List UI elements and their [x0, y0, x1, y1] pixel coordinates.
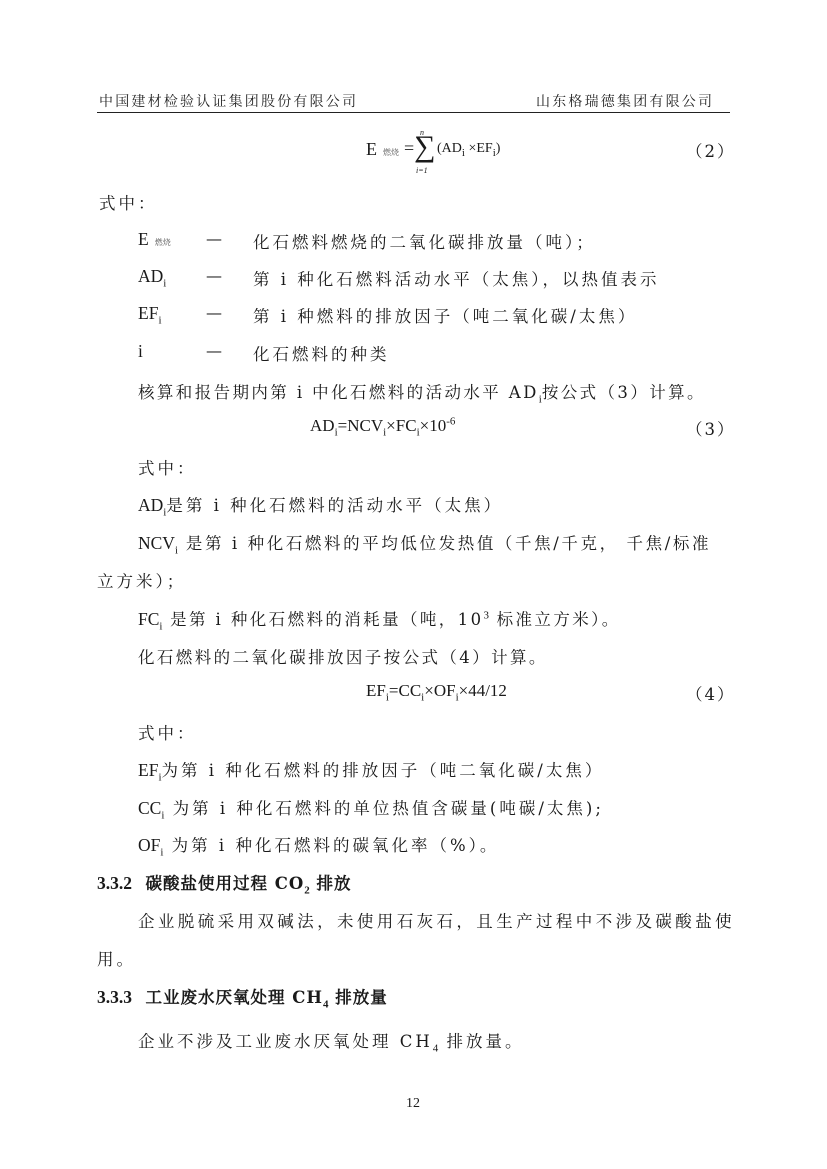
text: 标准立方米）。: [489, 610, 621, 629]
def-dash: —: [206, 303, 222, 322]
symbol: EF: [138, 760, 158, 780]
def-of-line: OFi 为第 i 种化石燃料的碳氧化率（%）。: [138, 832, 499, 856]
def-text-i: 化石燃料的种类: [253, 341, 390, 365]
section-3-3-2-body-cont: 用。: [97, 946, 136, 970]
text: 为第 i 种化石燃料的单位热值含碳量(吨碳/太焦);: [164, 799, 604, 818]
text: 按公式（3）计算。: [542, 383, 706, 402]
def-symbol-ad: ADi: [138, 266, 166, 287]
symbol: OF: [138, 835, 160, 855]
where-label: 式中：: [138, 720, 197, 744]
term: ×OF: [424, 681, 455, 700]
section-title: 碳酸盐使用过程 CO: [146, 874, 305, 893]
section-3-3-3-body: 企业不涉及工业废水厌氧处理 CH4 排放量。: [138, 1028, 525, 1052]
sum-lower-limit: i=1: [416, 166, 428, 175]
text: 企业不涉及工业废水厌氧处理 CH: [138, 1032, 433, 1051]
section-title: 排放量: [328, 988, 387, 1007]
section-3-3-2-body: 企业脱硫采用双碱法，未使用石灰石，且生产过程中不涉及碳酸盐使: [138, 908, 735, 932]
section-number: 3.3.3: [97, 987, 132, 1007]
symbol: EF: [138, 303, 158, 323]
text: 排放量。: [438, 1032, 524, 1051]
formula-3: ADi=NCVi×FCi×10-6: [310, 416, 455, 436]
formula-2-ad: (AD: [437, 141, 462, 156]
symbol: i: [138, 341, 143, 361]
def-ef-line: EFi为第 i 种化石燃料的排放因子（吨二氧化碳/太焦）: [138, 757, 604, 781]
def-fc-line: FCi 是第 i 种化石燃料的消耗量（吨，103 标准立方米）。: [138, 606, 621, 630]
text: 为第 i 种化石燃料的碳氧化率（%）。: [163, 836, 499, 855]
paragraph-emission-factor: 化石燃料的二氧化碳排放因子按公式（4）计算。: [138, 644, 548, 668]
text: 核算和报告期内第 i 中化石燃料的活动水平 AD: [138, 383, 539, 402]
def-dash: —: [206, 229, 222, 248]
formula-2-close: ): [496, 141, 501, 156]
term: =CC: [389, 681, 421, 700]
where-label: 式中：: [99, 190, 158, 214]
formula-2-equals: =: [404, 138, 414, 159]
def-symbol-i: i: [138, 341, 143, 362]
header-right-org: 山东格瑞德集团有限公司: [536, 91, 714, 111]
equation-number-4: （4）: [686, 681, 736, 705]
formula-4: EFi=CCi×OFi×44/12: [366, 681, 507, 701]
paragraph-activity-level: 核算和报告期内第 i 中化石燃料的活动水平 ADi按公式（3）计算。: [138, 379, 706, 403]
def-dash: —: [206, 341, 222, 360]
text: 是第 i 种化石燃料的活动水平（太焦）: [166, 496, 503, 515]
where-label: 式中：: [138, 455, 197, 479]
text: 是第 i 种化石燃料的平均低位发热值（千焦/千克， 千焦/标准: [178, 534, 711, 553]
section-title: 工业废水厌氧处理 CH: [146, 988, 323, 1007]
def-dash: —: [206, 266, 222, 285]
term: EF: [366, 681, 386, 700]
section-heading-3-3-2: 3.3.2 碳酸盐使用过程 CO2 排放: [97, 870, 352, 894]
def-cc-line: CCi 为第 i 种化石燃料的单位热值含碳量(吨碳/太焦);: [138, 795, 604, 819]
section-number: 3.3.2: [97, 873, 132, 893]
def-symbol-ef: EFi: [138, 303, 162, 324]
term: ×FC: [386, 416, 416, 435]
symbol: E: [138, 229, 149, 249]
summation-icon: ∑: [414, 132, 435, 162]
formula-2-lhs: E: [366, 139, 377, 160]
symbol-sub: 燃烧: [155, 238, 171, 247]
def-text-ef: 第 i 种燃料的排放因子（吨二氧化碳/太焦）: [253, 303, 637, 327]
sup: -6: [446, 415, 455, 427]
term: ×10: [420, 416, 447, 435]
def-symbol-e-burn: E燃烧: [138, 229, 171, 250]
section-heading-3-3-3: 3.3.3 工业废水厌氧处理 CH4 排放量: [97, 984, 388, 1008]
equation-number-2: （2）: [686, 138, 736, 162]
symbol: FC: [138, 609, 159, 629]
term: AD: [310, 416, 335, 435]
equation-number-3: （3）: [686, 416, 736, 440]
symbol: CC: [138, 798, 161, 818]
def-ncv-continuation: 立方米）；: [97, 568, 186, 592]
text: 是第 i 种化石燃料的消耗量（吨，10: [162, 610, 483, 629]
header-rule: [97, 112, 730, 113]
formula-2-ef: ×EF: [465, 141, 493, 156]
def-text-ad: 第 i 种化石燃料活动水平（太焦），以热值表示: [253, 266, 660, 290]
term: =NCV: [338, 416, 383, 435]
header-left-org: 中国建材检验认证集团股份有限公司: [99, 91, 358, 111]
def-text-e-burn: 化石燃料燃烧的二氧化碳排放量（吨）；: [253, 229, 596, 253]
formula-2-body: (ADi ×EFi): [437, 141, 500, 157]
def-ncv-line: NCVi 是第 i 种化石燃料的平均低位发热值（千焦/千克， 千焦/标准: [138, 530, 711, 554]
term: ×44/12: [459, 681, 507, 700]
symbol: NCV: [138, 533, 175, 553]
formula-2-lhs-sub: 燃烧: [383, 147, 399, 158]
symbol-sub: i: [163, 278, 166, 290]
text: 为第 i 种化石燃料的排放因子（吨二氧化碳/太焦）: [162, 761, 605, 780]
symbol: AD: [138, 495, 163, 515]
page-number: 12: [406, 1096, 420, 1112]
def-ad-line: ADi是第 i 种化石燃料的活动水平（太焦）: [138, 492, 503, 516]
symbol: AD: [138, 266, 163, 286]
symbol-sub: i: [158, 315, 161, 327]
section-title: 排放: [310, 874, 352, 893]
